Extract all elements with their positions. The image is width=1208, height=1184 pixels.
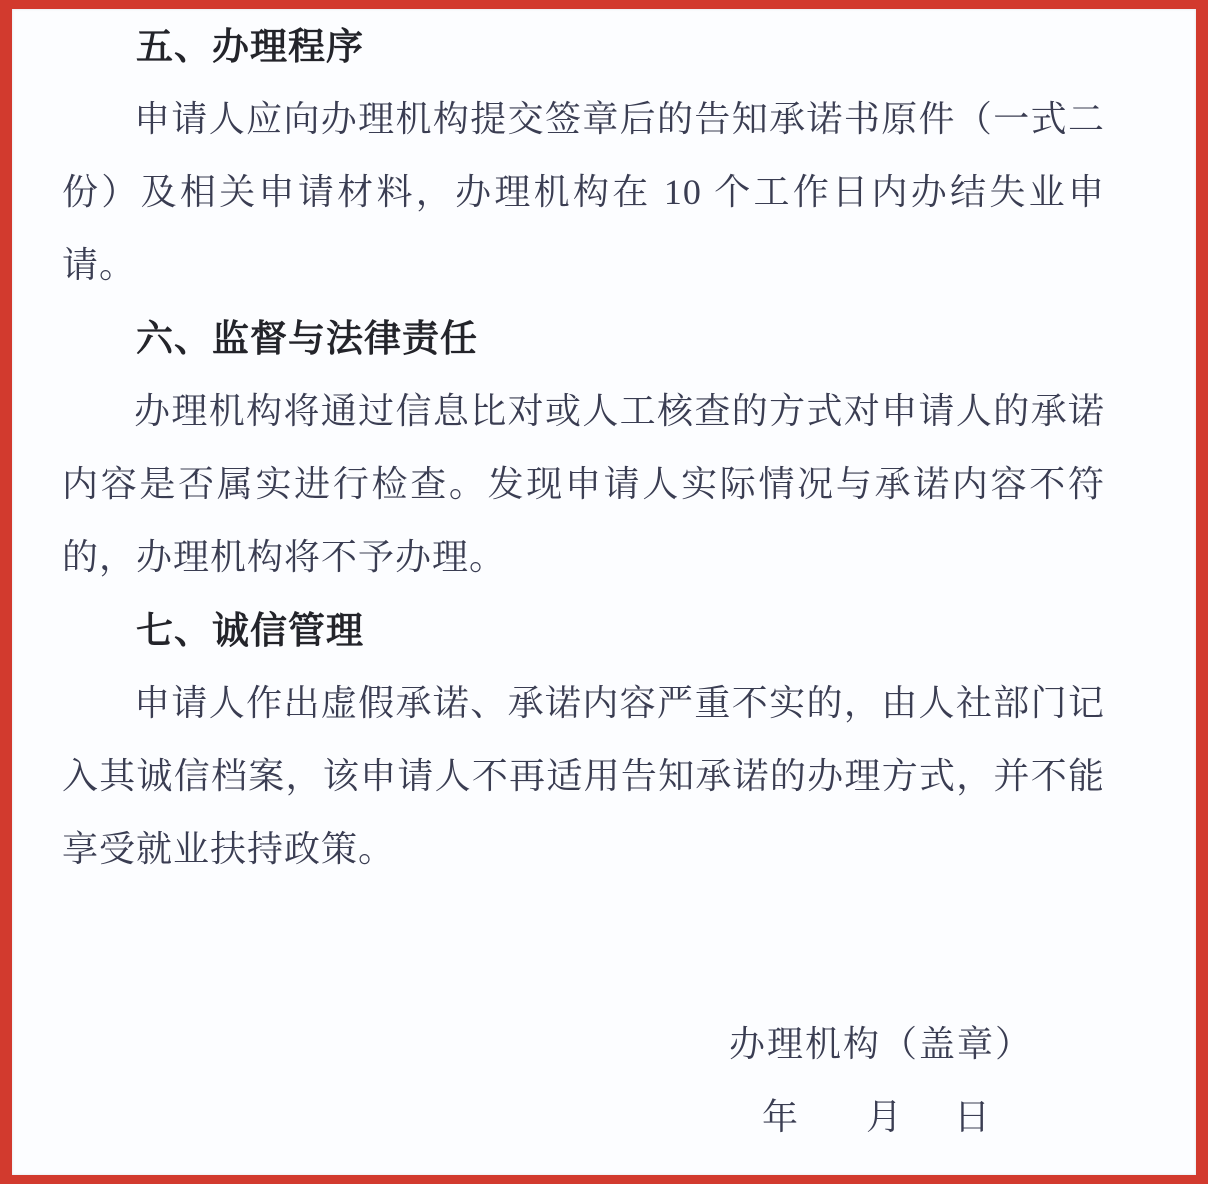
date-day-label: 日 <box>954 1081 990 1154</box>
section-paragraph-procedure: 申请人应向办理机构提交签章后的告知承诺书原件（一式二份）及相关申请材料，办理机构… <box>62 83 1105 302</box>
signature-org-line: 办理机构（盖章） <box>62 1008 1105 1081</box>
document-content: 五、办理程序 申请人应向办理机构提交签章后的告知承诺书原件（一式二份）及相关申请… <box>12 9 1196 1154</box>
section-paragraph-integrity: 申请人作出虚假承诺、承诺内容严重不实的，由人社部门记入其诚信档案，该申请人不再适… <box>62 667 1105 886</box>
section-heading-integrity: 七、诚信管理 <box>62 594 1105 667</box>
signature-date-line: 年 月 日 <box>62 1081 1105 1154</box>
section-paragraph-supervision: 办理机构将通过信息比对或人工核查的方式对申请人的承诺内容是否属实进行检查。发现申… <box>62 375 1105 594</box>
section-heading-procedure: 五、办理程序 <box>62 10 1105 83</box>
date-year-label: 年 <box>762 1081 798 1154</box>
section-heading-supervision: 六、监督与法律责任 <box>62 302 1105 375</box>
red-background: { "colors": { "frame-red": "#d23a2e", "p… <box>0 0 1208 1184</box>
section-integrity: 七、诚信管理 申请人作出虚假承诺、承诺内容严重不实的，由人社部门记入其诚信档案，… <box>62 594 1105 886</box>
date-month-label: 月 <box>866 1081 902 1154</box>
section-supervision: 六、监督与法律责任 办理机构将通过信息比对或人工核查的方式对申请人的承诺内容是否… <box>62 302 1105 594</box>
signature-block: 办理机构（盖章） 年 月 日 <box>62 1008 1105 1154</box>
document-page: 五、办理程序 申请人应向办理机构提交签章后的告知承诺书原件（一式二份）及相关申请… <box>12 9 1196 1175</box>
section-procedure: 五、办理程序 申请人应向办理机构提交签章后的告知承诺书原件（一式二份）及相关申请… <box>62 10 1105 302</box>
